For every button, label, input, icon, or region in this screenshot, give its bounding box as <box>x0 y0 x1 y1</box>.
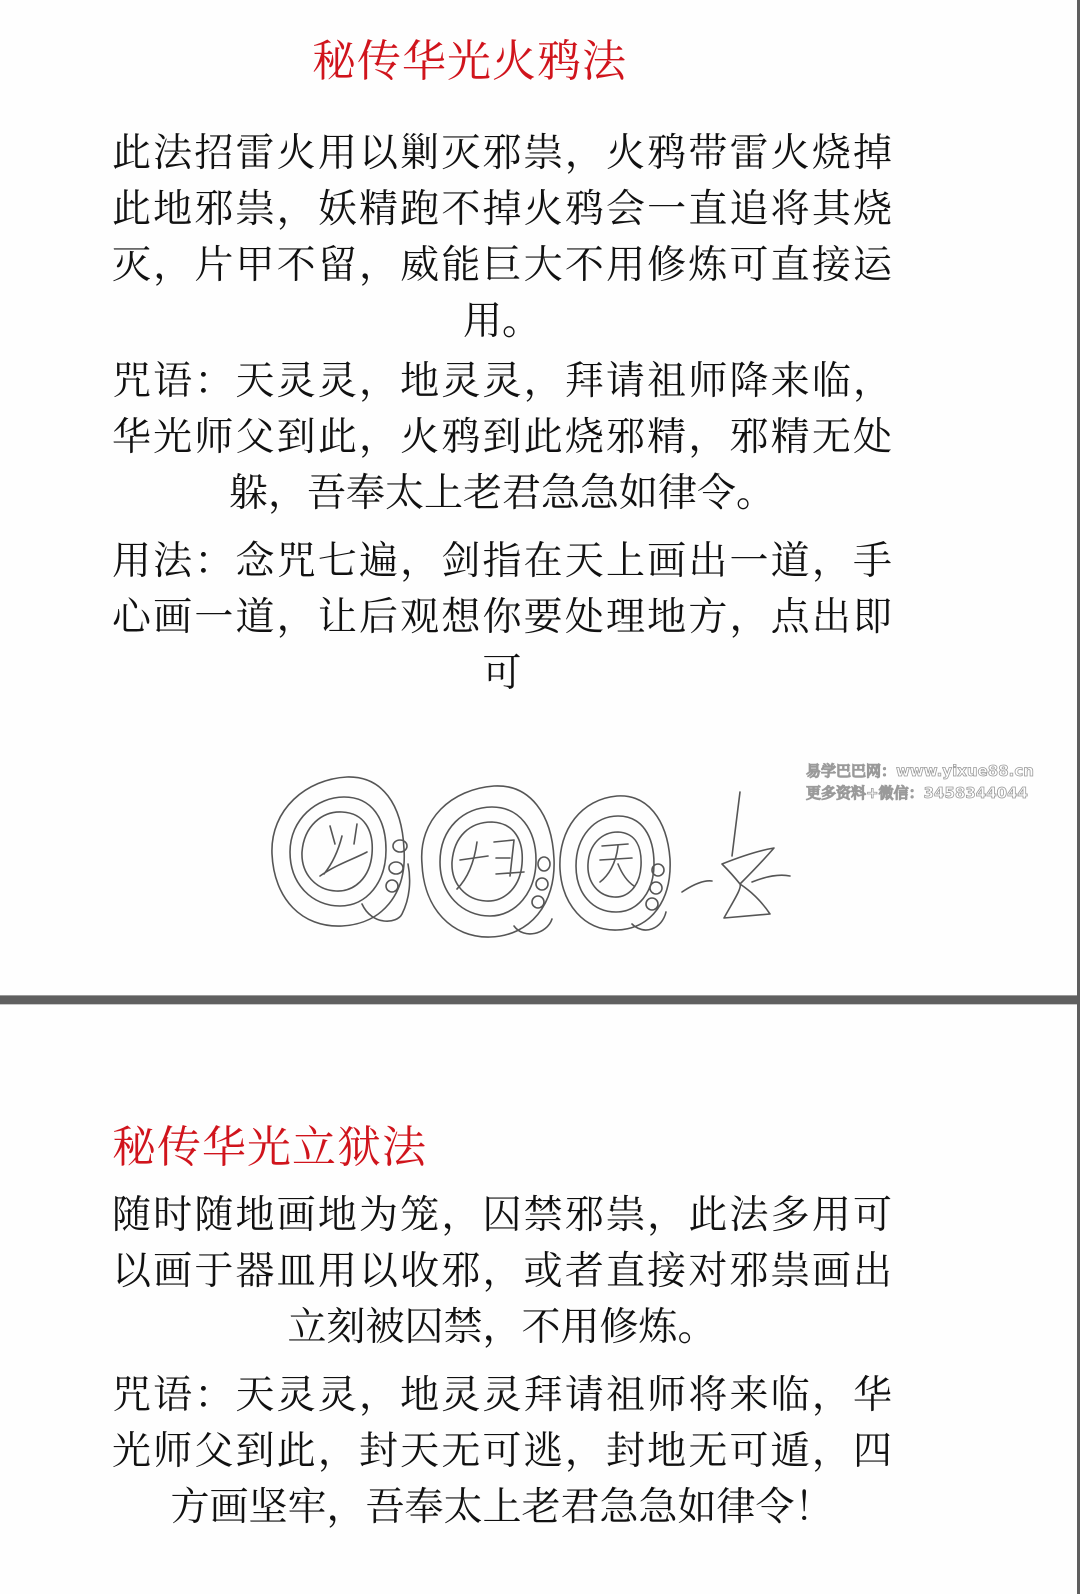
text-line: 随时随地画地为笼，囚禁邪祟，此法多用可 <box>112 1188 892 1244</box>
section2-description: 随时随地画地为笼，囚禁邪祟，此法多用可 以画于器皿用以收邪，或者直接对邪祟画出 … <box>112 1188 892 1356</box>
watermark-site: 易学巴巴网：www.yixue88.cn <box>806 760 1056 782</box>
text-line: 咒语：天灵灵，地灵灵拜请祖师将来临，华 <box>112 1368 892 1424</box>
text-line: 此法招雷火用以剿灭邪祟，火鸦带雷火烧掉 <box>112 126 892 182</box>
text-line: 立刻被囚禁，不用修炼。 <box>112 1300 892 1356</box>
text-line: 此地邪祟，妖精跑不掉火鸦会一直追将其烧 <box>112 182 892 238</box>
text-line: 用。 <box>112 294 892 350</box>
text-line: 灭，片甲不留，威能巨大不用修炼可直接运 <box>112 238 892 294</box>
seal-heaven-icon <box>560 796 670 930</box>
section-title-liyu: 秘传华光立狱法 <box>112 1120 427 1176</box>
text-line: 方画坚牢，吾奉太上老君急急如律令！ <box>112 1480 892 1536</box>
talisman-drawing <box>262 764 862 944</box>
page-break-divider <box>0 995 1080 1005</box>
section2-incantation: 咒语：天灵灵，地灵灵拜请祖师将来临，华 光师父到此，封天无可逃，封地无可遁，四 … <box>112 1368 892 1536</box>
text-line: 以画于器皿用以收邪，或者直接对邪祟画出 <box>112 1244 892 1300</box>
talisman-stroke-mark-icon <box>682 792 790 918</box>
text-line: 心画一道，让后观想你要处理地方，点出即 <box>112 590 892 646</box>
section1-description: 此法招雷火用以剿灭邪祟，火鸦带雷火烧掉 此地邪祟，妖精跑不掉火鸦会一直追将其烧 … <box>112 126 892 350</box>
text-line: 可 <box>112 646 892 702</box>
text-line: 光师父到此，封天无可逃，封地无可遁，四 <box>112 1424 892 1480</box>
text-line: 华光师父到此，火鸦到此烧邪精，邪精无处 <box>112 410 892 466</box>
text-line: 用法：念咒七遍，剑指在天上画出一道，手 <box>112 534 892 590</box>
section1-incantation: 咒语：天灵灵，地灵灵，拜请祖师降来临， 华光师父到此，火鸦到此烧邪精，邪精无处 … <box>112 354 892 522</box>
watermark: 易学巴巴网：www.yixue88.cn 更多资料+微信：3458344044 <box>806 760 1056 804</box>
text-line: 咒语：天灵灵，地灵灵，拜请祖师降来临， <box>112 354 892 410</box>
watermark-contact: 更多资料+微信：3458344044 <box>806 782 1056 804</box>
section1-usage: 用法：念咒七遍，剑指在天上画出一道，手 心画一道，让后观想你要处理地方，点出即 … <box>112 534 892 702</box>
seal-fire-icon <box>272 777 410 926</box>
seal-crow-icon <box>422 786 554 937</box>
text-line: 躲，吾奉太上老君急急如律令。 <box>112 466 892 522</box>
section-title-huoya: 秘传华光火鸦法 <box>312 34 627 90</box>
